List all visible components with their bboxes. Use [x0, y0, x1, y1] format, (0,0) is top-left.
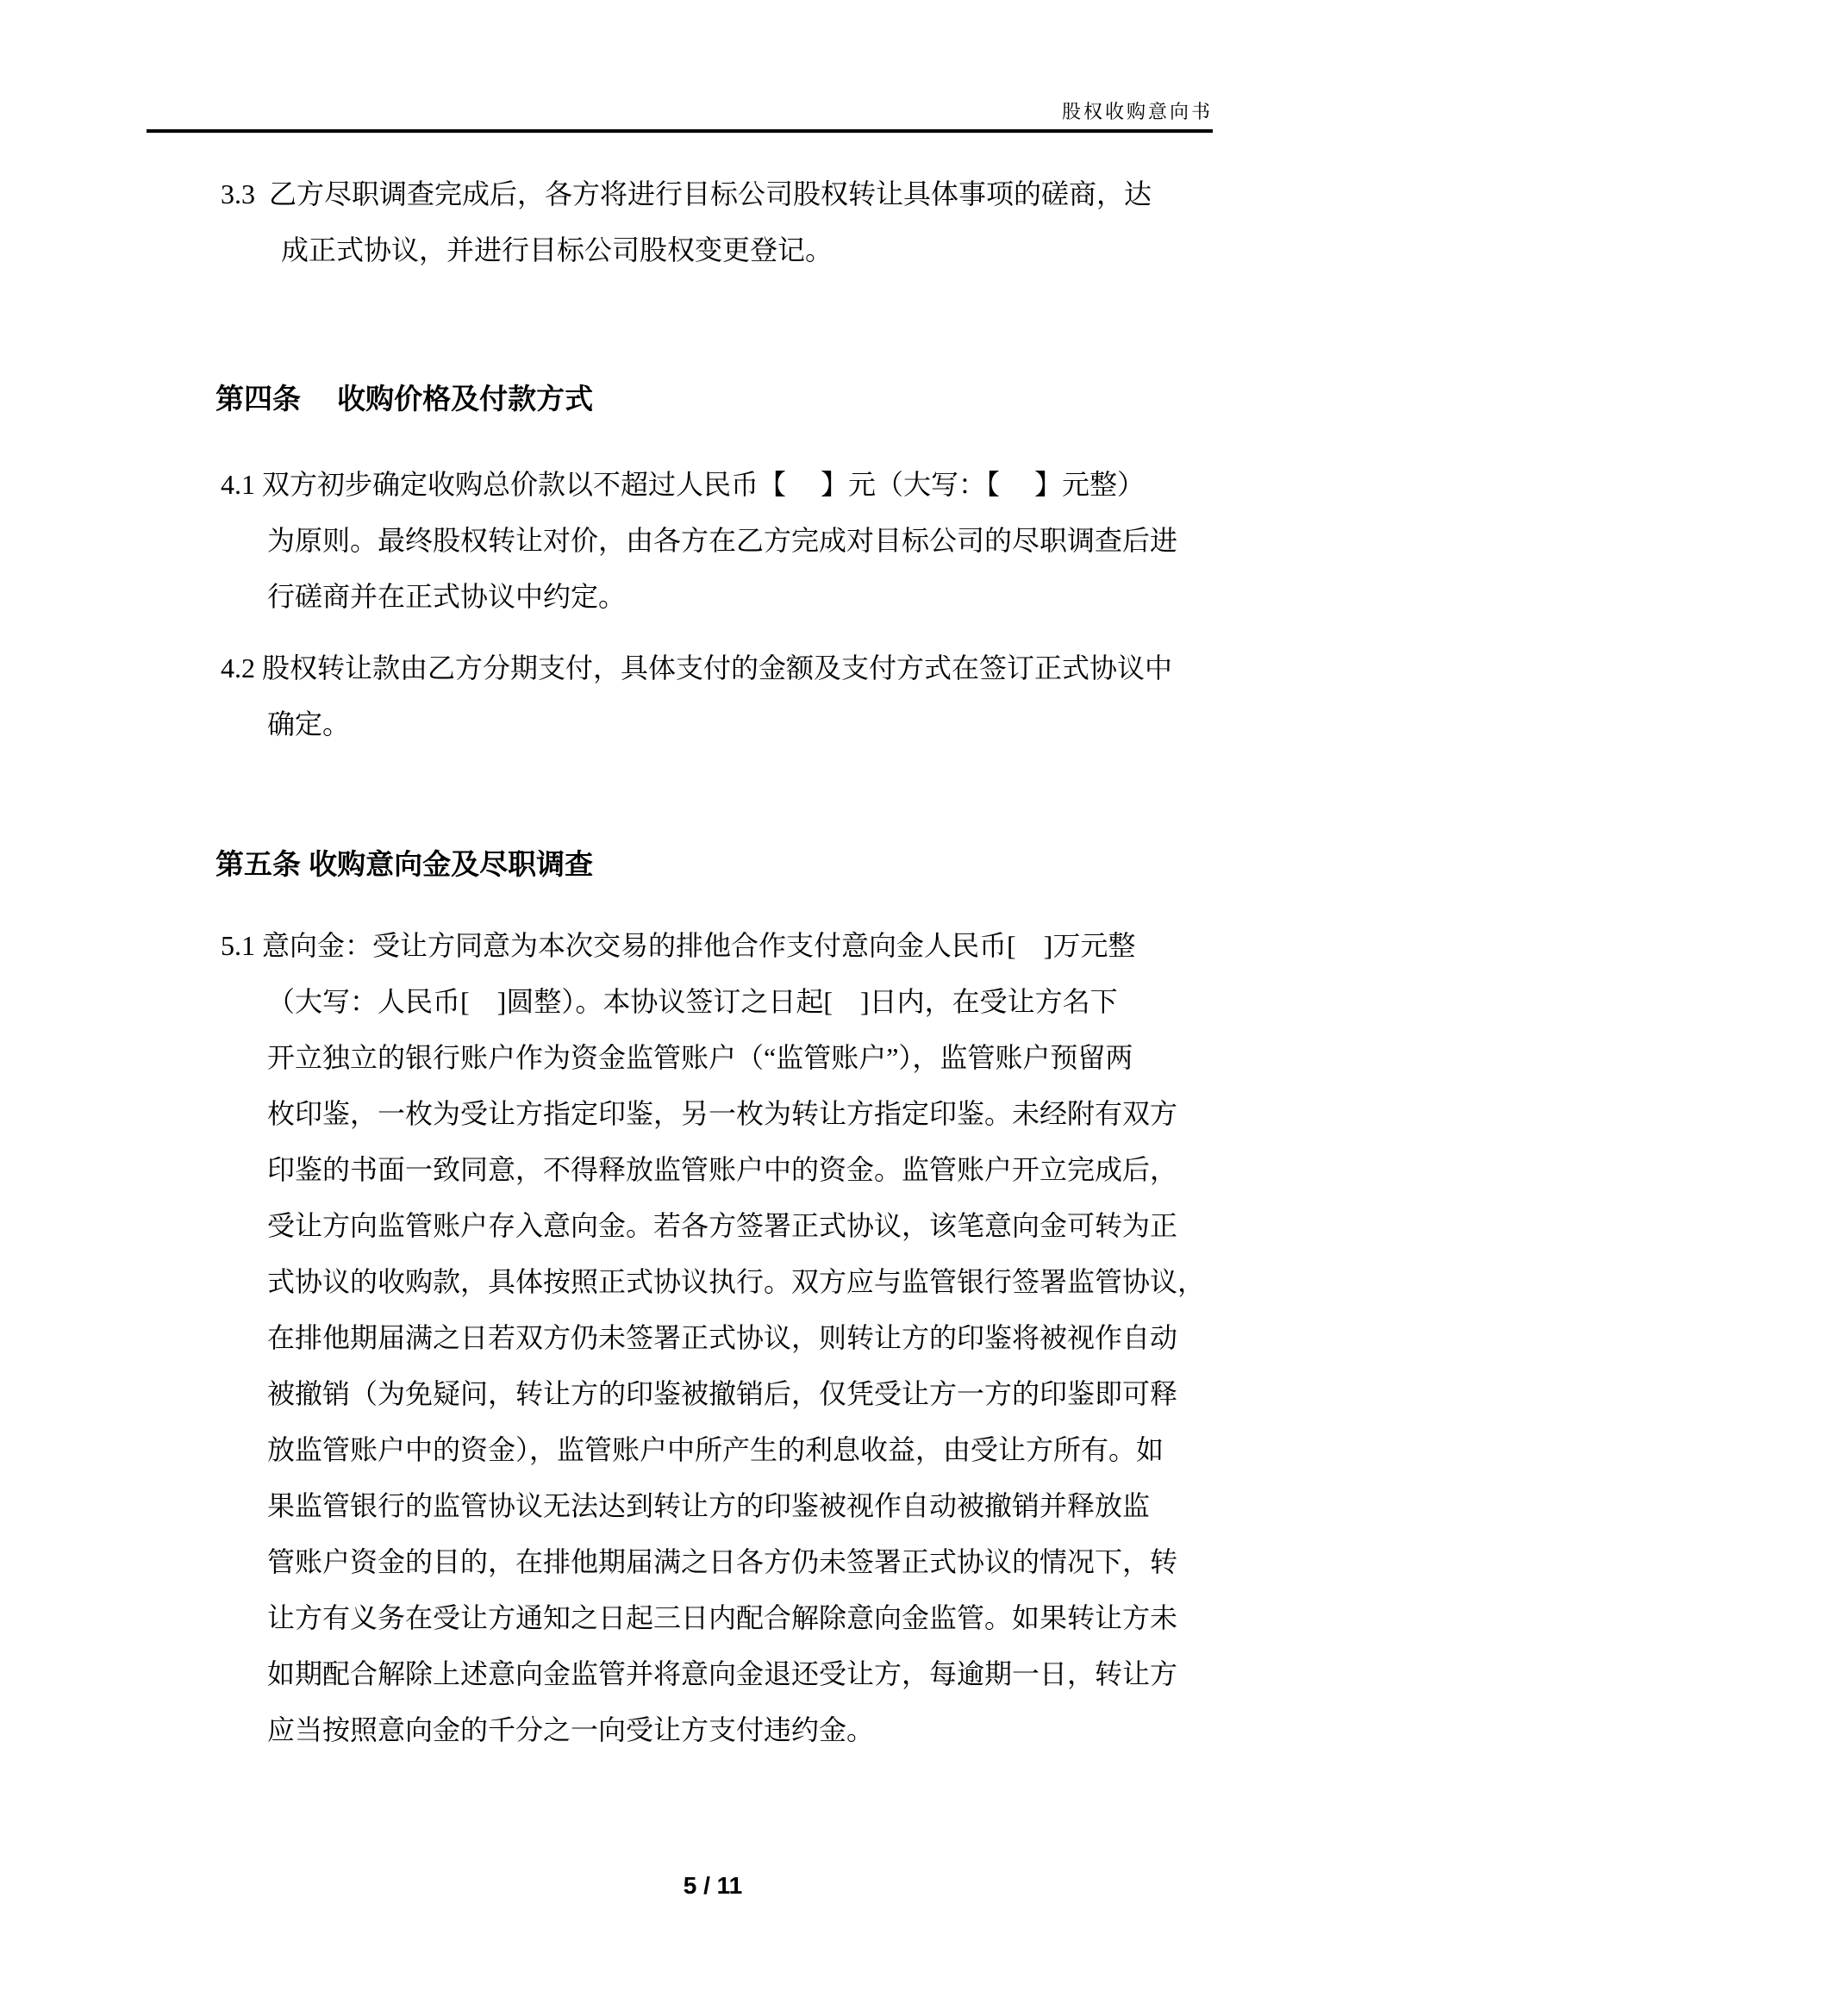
text-line: 被撤销（为免疑问，转让方的印鉴被撤销后，仅凭受让方一方的印鉴即可释	[221, 1366, 1298, 1422]
text-line: 确定。	[221, 696, 1298, 752]
text-line: 开立独立的银行账户作为资金监管账户（“监管账户”），监管账户预留两	[221, 1030, 1298, 1086]
text-line: 印鉴的书面一致同意，不得释放监管账户中的资金。监管账户开立完成后，	[221, 1142, 1298, 1198]
page-header-title: 股权收购意向书	[147, 101, 1213, 123]
text-line: 果监管银行的监管协议无法达到转让方的印鉴被视作自动被撤销并释放监	[221, 1478, 1298, 1534]
text-line: 4.1 双方初步确定收购总价款以不超过人民币【 】元（大写：【 】元整）	[221, 457, 1298, 513]
text-line: 成正式协议，并进行目标公司股权变更登记。	[221, 222, 1298, 278]
clause-4-2: 4.2 股权转让款由乙方分期支付，具体支付的金额及支付方式在签订正式协议中确定。	[221, 640, 1298, 752]
text-line: 在排他期届满之日若双方仍未签署正式协议，则转让方的印鉴将被视作自动	[221, 1310, 1298, 1366]
clause-3-3: 3.3 乙方尽职调查完成后，各方将进行目标公司股权转让具体事项的磋商，达成正式协…	[221, 166, 1298, 278]
document-page: 股权收购意向书 3.3 乙方尽职调查完成后，各方将进行目标公司股权转让具体事项的…	[0, 0, 1848, 2016]
text-line: （大写：人民币[ ]圆整）。本协议签订之日起[ ]日内，在受让方名下	[221, 974, 1298, 1030]
text-line: 如期配合解除上述意向金监管并将意向金退还受让方，每逾期一日，转让方	[221, 1646, 1298, 1702]
text-line: 3.3 乙方尽职调查完成后，各方将进行目标公司股权转让具体事项的磋商，达	[221, 166, 1298, 222]
article-5-heading: 第五条 收购意向金及尽职调查	[215, 836, 593, 892]
article-4-heading: 第四条 收购价格及付款方式	[215, 371, 593, 427]
text-line: 行磋商并在正式协议中约定。	[221, 569, 1298, 625]
text-line: 受让方向监管账户存入意向金。若各方签署正式协议，该笔意向金可转为正	[221, 1198, 1298, 1254]
clause-4-1: 4.1 双方初步确定收购总价款以不超过人民币【 】元（大写：【 】元整）为原则。…	[221, 457, 1298, 625]
text-line: 让方有义务在受让方通知之日起三日内配合解除意向金监管。如果转让方未	[221, 1590, 1298, 1646]
text-line: 4.2 股权转让款由乙方分期支付，具体支付的金额及支付方式在签订正式协议中	[221, 640, 1298, 696]
text-line: 为原则。最终股权转让对价，由各方在乙方完成对目标公司的尽职调查后进	[221, 513, 1298, 569]
clause-5-1: 5.1 意向金：受让方同意为本次交易的排他合作支付意向金人民币[ ]万元整（大写…	[221, 918, 1298, 1758]
text-line: 5.1 意向金：受让方同意为本次交易的排他合作支付意向金人民币[ ]万元整	[221, 918, 1298, 974]
header-rule	[147, 129, 1213, 133]
text-line: 放监管账户中的资金），监管账户中所产生的利息收益，由受让方所有。如	[221, 1422, 1298, 1478]
text-line: 管账户资金的目的，在排他期届满之日各方仍未签署正式协议的情况下，转	[221, 1534, 1298, 1590]
text-line: 应当按照意向金的千分之一向受让方支付违约金。	[221, 1702, 1298, 1758]
text-line: 枚印鉴，一枚为受让方指定印鉴，另一枚为转让方指定印鉴。未经附有双方	[221, 1086, 1298, 1142]
page-number: 5 / 11	[652, 1872, 773, 1900]
text-line: 式协议的收购款，具体按照正式协议执行。双方应与监管银行签署监管协议，	[221, 1254, 1298, 1310]
